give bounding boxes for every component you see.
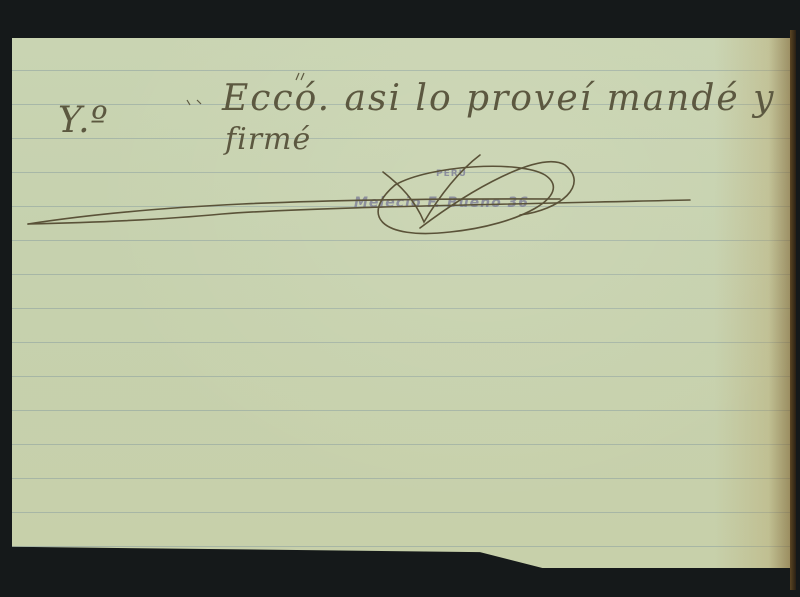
signature-rubric [0,0,800,597]
